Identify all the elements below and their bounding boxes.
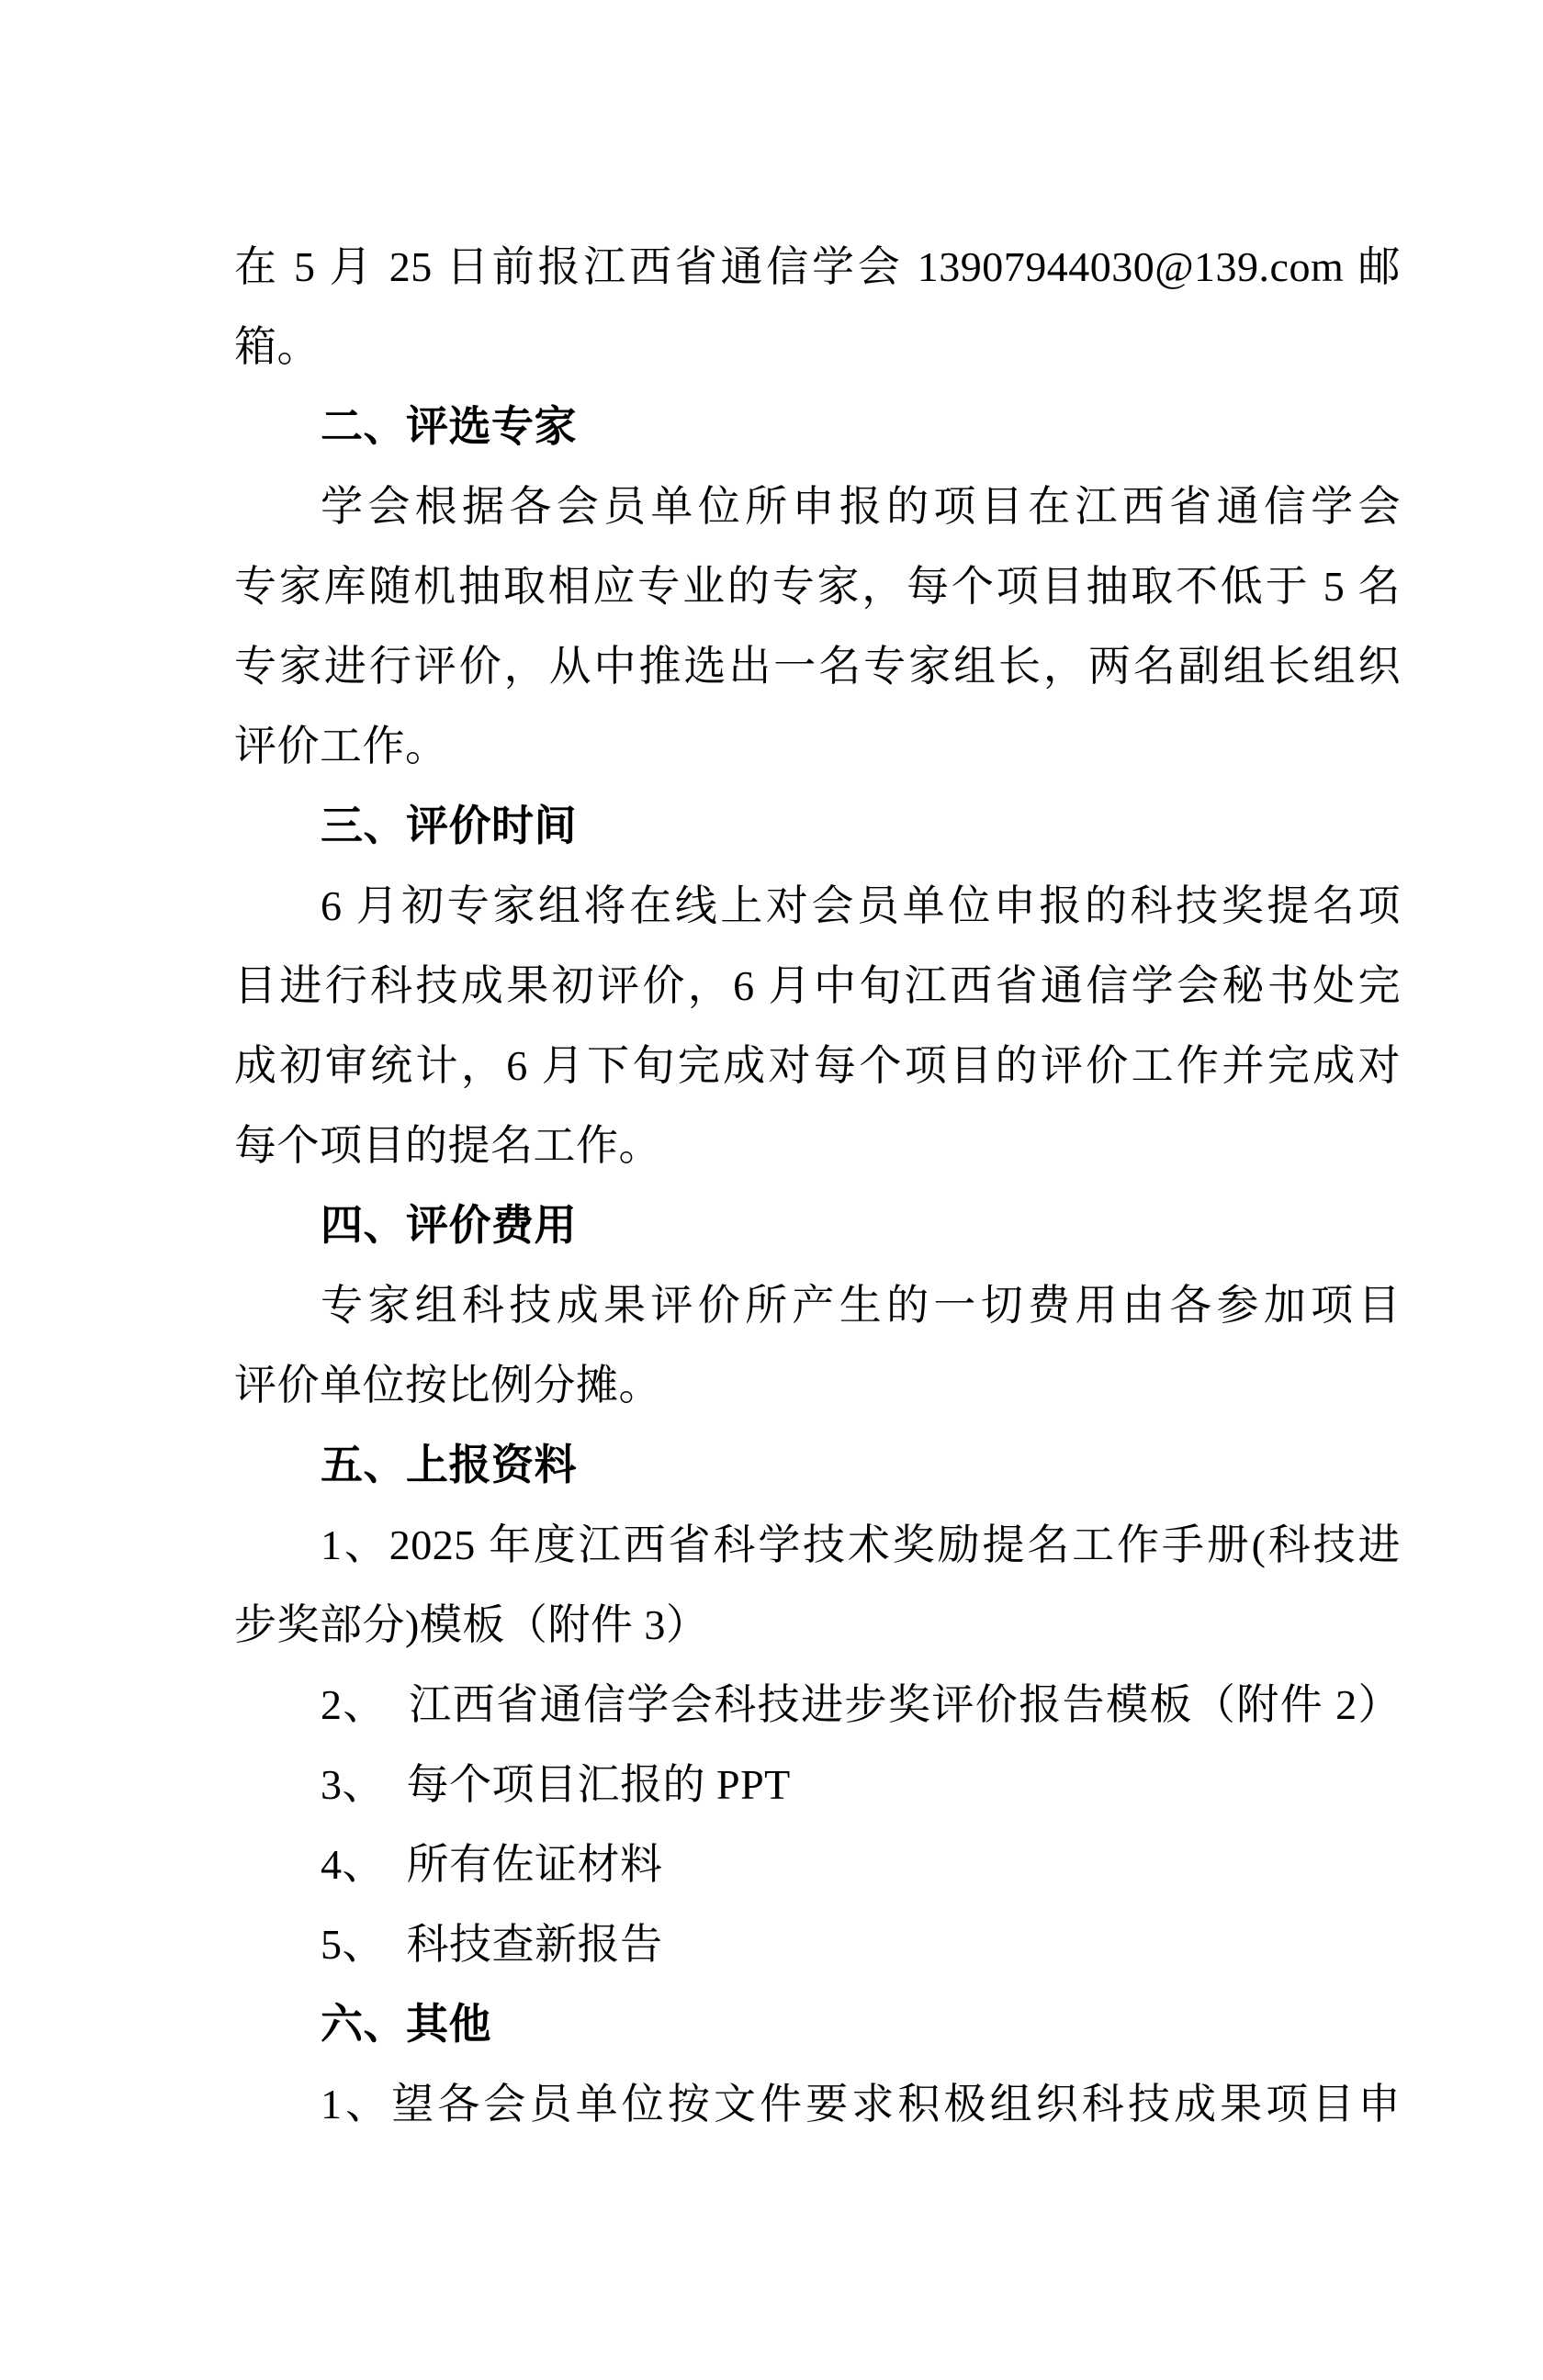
heading-section-four: 四、评价费用 — [234, 1185, 1401, 1265]
body-line: 目进行科技成果初评价，6 月中旬江西省通信学会秘书处完 — [234, 946, 1401, 1026]
body-line: 学会根据各会员单位所申报的项目在江西省通信学会 — [234, 466, 1401, 546]
body-line: 箱。 — [234, 307, 1401, 387]
body-line: 专家进行评价，从中推选出一名专家组长，两名副组长组织 — [234, 626, 1401, 706]
list-item-line: 5、 科技查新报告 — [234, 1904, 1401, 1984]
heading-section-three: 三、评价时间 — [234, 786, 1401, 866]
body-line: 在 5 月 25 日前报江西省通信学会 13907944030@139.com … — [234, 227, 1401, 307]
body-line: 专家库随机抽取相应专业的专家，每个项目抽取不低于 5 名 — [234, 546, 1401, 626]
list-item-line: 4、 所有佐证材料 — [234, 1824, 1401, 1904]
body-line: 专家组科技成果评价所产生的一切费用由各参加项目 — [234, 1265, 1401, 1345]
heading-section-five: 五、上报资料 — [234, 1425, 1401, 1505]
heading-section-six: 六、其他 — [234, 1984, 1401, 2064]
body-line: 评价单位按比例分摊。 — [234, 1345, 1401, 1425]
body-line: 6 月初专家组将在线上对会员单位申报的科技奖提名项 — [234, 866, 1401, 946]
list-item-line: 2、 江西省通信学会科技进步奖评价报告模板（附件 2） — [234, 1665, 1401, 1745]
list-item-line: 3、 每个项目汇报的 PPT — [234, 1745, 1401, 1824]
list-item-line: 步奖部分)模板（附件 3） — [234, 1585, 1401, 1665]
document-page: 在 5 月 25 日前报江西省通信学会 13907944030@139.com … — [234, 227, 1401, 2144]
list-item-line: 1、望各会员单位按文件要求积极组织科技成果项目申 — [234, 2064, 1401, 2144]
body-line: 评价工作。 — [234, 706, 1401, 786]
list-item-line: 1、2025 年度江西省科学技术奖励提名工作手册(科技进 — [234, 1505, 1401, 1585]
heading-section-two: 二、评选专家 — [234, 387, 1401, 466]
body-line: 每个项目的提名工作。 — [234, 1106, 1401, 1185]
body-line: 成初审统计，6 月下旬完成对每个项目的评价工作并完成对 — [234, 1026, 1401, 1106]
